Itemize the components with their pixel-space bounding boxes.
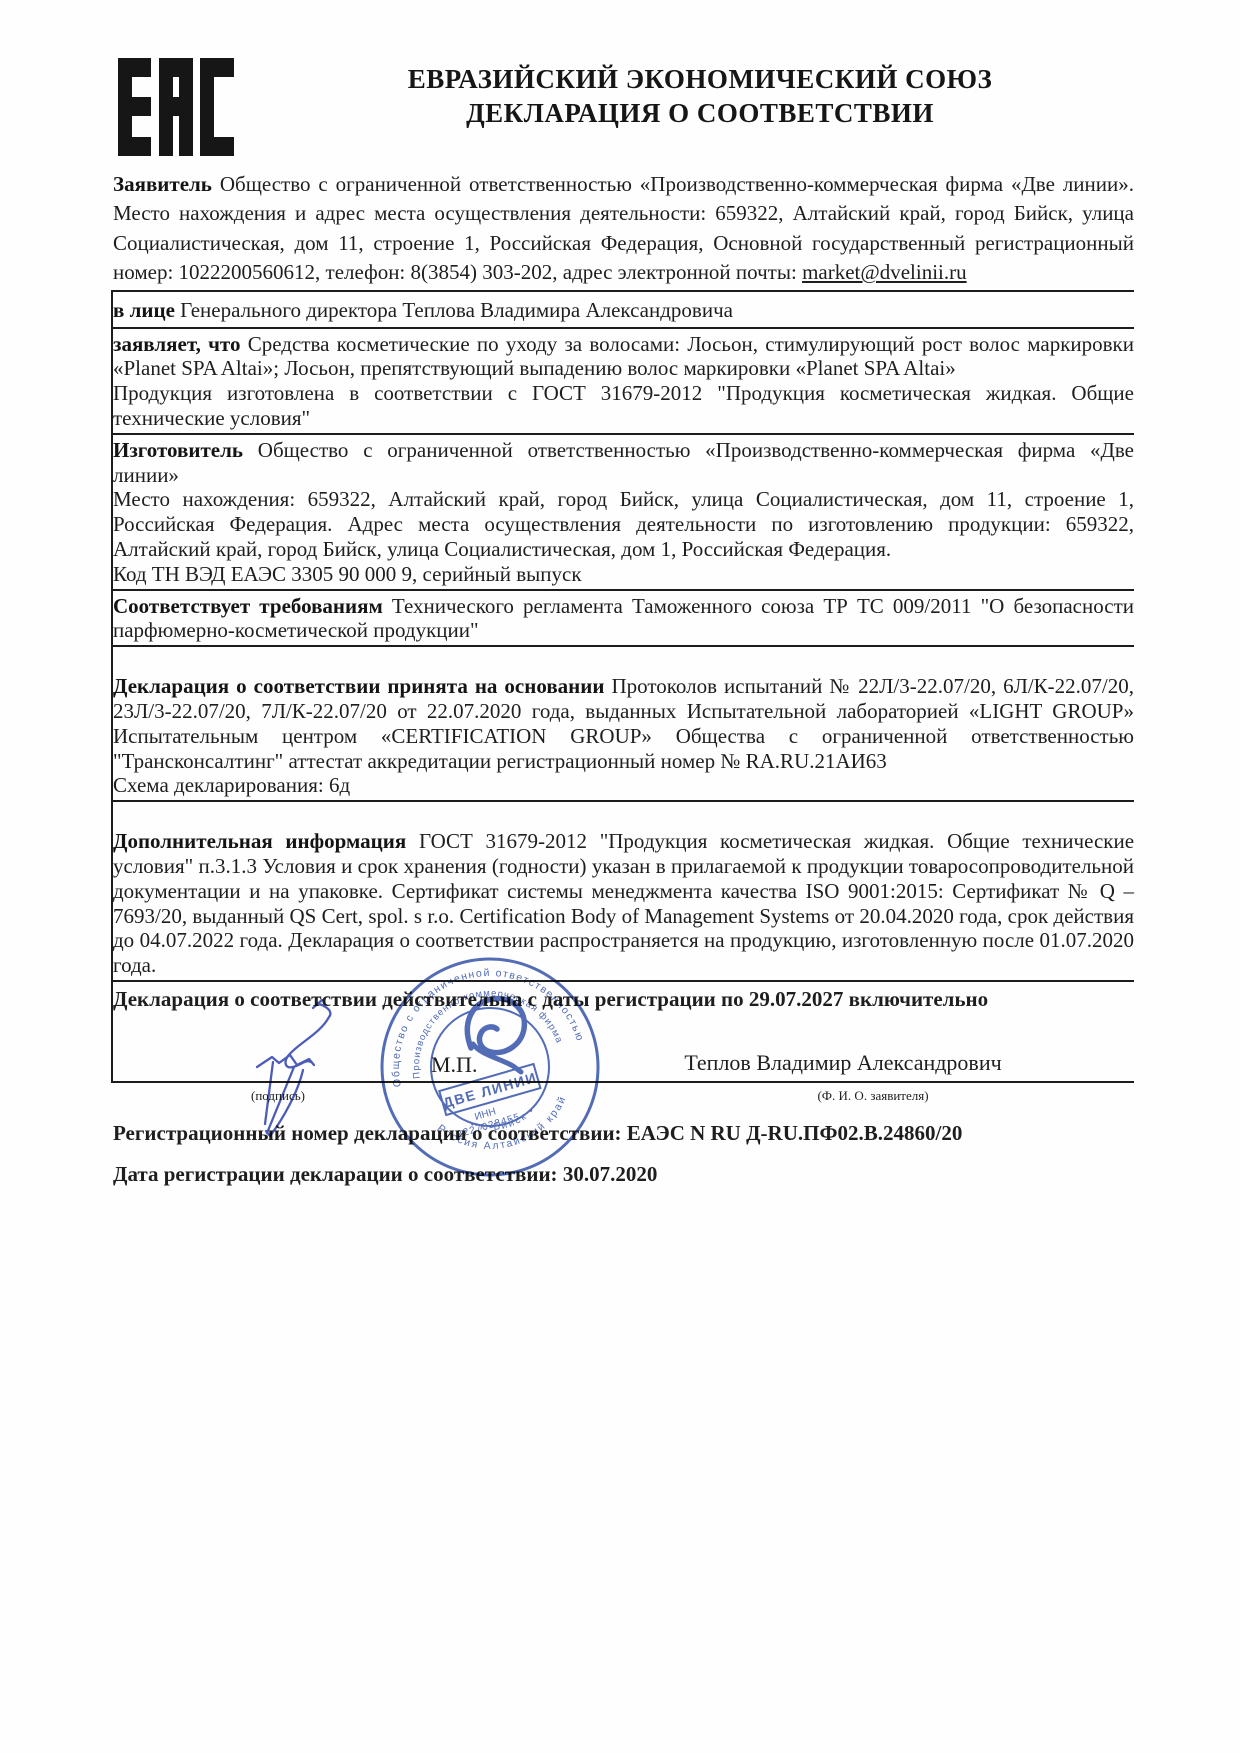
bordered-section: в лице Генерального директора Теплова Вл… xyxy=(111,290,1134,1083)
stamp-company-name: ДВЕ ЛИНИИ xyxy=(441,1069,539,1111)
divider xyxy=(113,980,1134,982)
divider xyxy=(113,290,1134,292)
additional-info-label: Дополнительная информация xyxy=(113,829,406,853)
svg-text:Общество с ограниченной ответс: Общество с ограниченной ответственностью xyxy=(374,951,587,1089)
basis-label: Декларация о соответствии принята на осн… xyxy=(113,674,604,698)
representative-paragraph: в лице Генерального директора Теплова Вл… xyxy=(113,295,1134,325)
manufacturer-address: Место нахождения: 659322, Алтайский край… xyxy=(113,487,1134,561)
declares-paragraph: заявляет, что Средства косметические по … xyxy=(113,332,1134,382)
registration-date-line: Дата регистрации декларации о соответств… xyxy=(113,1161,1134,1187)
basis-scheme: Схема декларирования: 6д xyxy=(113,773,1134,798)
eac-mark-icon xyxy=(118,58,234,156)
registration-number-value: ЕАЭС N RU Д-RU.ПФ02.В.24860/20 xyxy=(627,1121,963,1145)
applicant-email: market@dvelinii.ru xyxy=(802,260,967,284)
signature-ink xyxy=(243,993,338,1143)
document-header: ЕВРАЗИЙСКИЙ ЭКОНОМИЧЕСКИЙ СОЮЗ ДЕКЛАРАЦИ… xyxy=(240,62,1160,130)
declares-label: заявляет, что xyxy=(113,332,240,356)
stamp-logo-flourish xyxy=(467,999,524,1072)
declares-paragraph-2: Продукция изготовлена в соответствии с Г… xyxy=(113,381,1134,431)
compliance-label: Соответствует требованиям xyxy=(113,594,383,618)
divider xyxy=(113,433,1134,435)
compliance-paragraph: Соответствует требованиям Технического р… xyxy=(113,594,1134,644)
applicant-text: Общество с ограниченной ответственностью… xyxy=(113,172,1134,284)
stamp-outer-top-text: Общество с ограниченной ответственностью xyxy=(374,951,587,1089)
divider xyxy=(113,800,1134,802)
declaration-document: ЕВРАЗИЙСКИЙ ЭКОНОМИЧЕСКИЙ СОЮЗ ДЕКЛАРАЦИ… xyxy=(0,0,1240,1753)
signer-name: Теплов Владимир Александрович xyxy=(633,1050,1053,1076)
document-title: ДЕКЛАРАЦИЯ О СООТВЕТСТВИИ xyxy=(240,96,1160,130)
company-stamp: Общество с ограниченной ответственностью… xyxy=(374,951,606,1183)
manufacturer-text: Общество с ограниченной ответственностью… xyxy=(113,438,1134,487)
manufacturer-code-line: Код ТН ВЭД ЕАЭС 3305 90 000 9, серийный … xyxy=(113,562,1134,587)
divider xyxy=(113,589,1134,591)
fio-caption: (Ф. И. О. заявителя) xyxy=(713,1088,1033,1104)
applicant-paragraph: Заявитель Общество с ограниченной ответс… xyxy=(113,170,1134,288)
divider xyxy=(113,327,1134,329)
basis-paragraph: Декларация о соответствии принята на осн… xyxy=(113,674,1134,773)
representative-text: Генерального директора Теплова Владимира… xyxy=(180,298,733,322)
divider xyxy=(113,645,1134,647)
applicant-label: Заявитель xyxy=(113,172,212,196)
manufacturer-paragraph: Изготовитель Общество с ограниченной отв… xyxy=(113,438,1134,488)
manufacturer-label: Изготовитель xyxy=(113,438,243,462)
representative-label: в лице xyxy=(113,298,175,322)
declares-text: Средства косметические по уходу за волос… xyxy=(113,332,1134,381)
additional-info-paragraph: Дополнительная информация ГОСТ 31679-201… xyxy=(113,829,1134,978)
union-title: ЕВРАЗИЙСКИЙ ЭКОНОМИЧЕСКИЙ СОЮЗ xyxy=(240,62,1160,96)
